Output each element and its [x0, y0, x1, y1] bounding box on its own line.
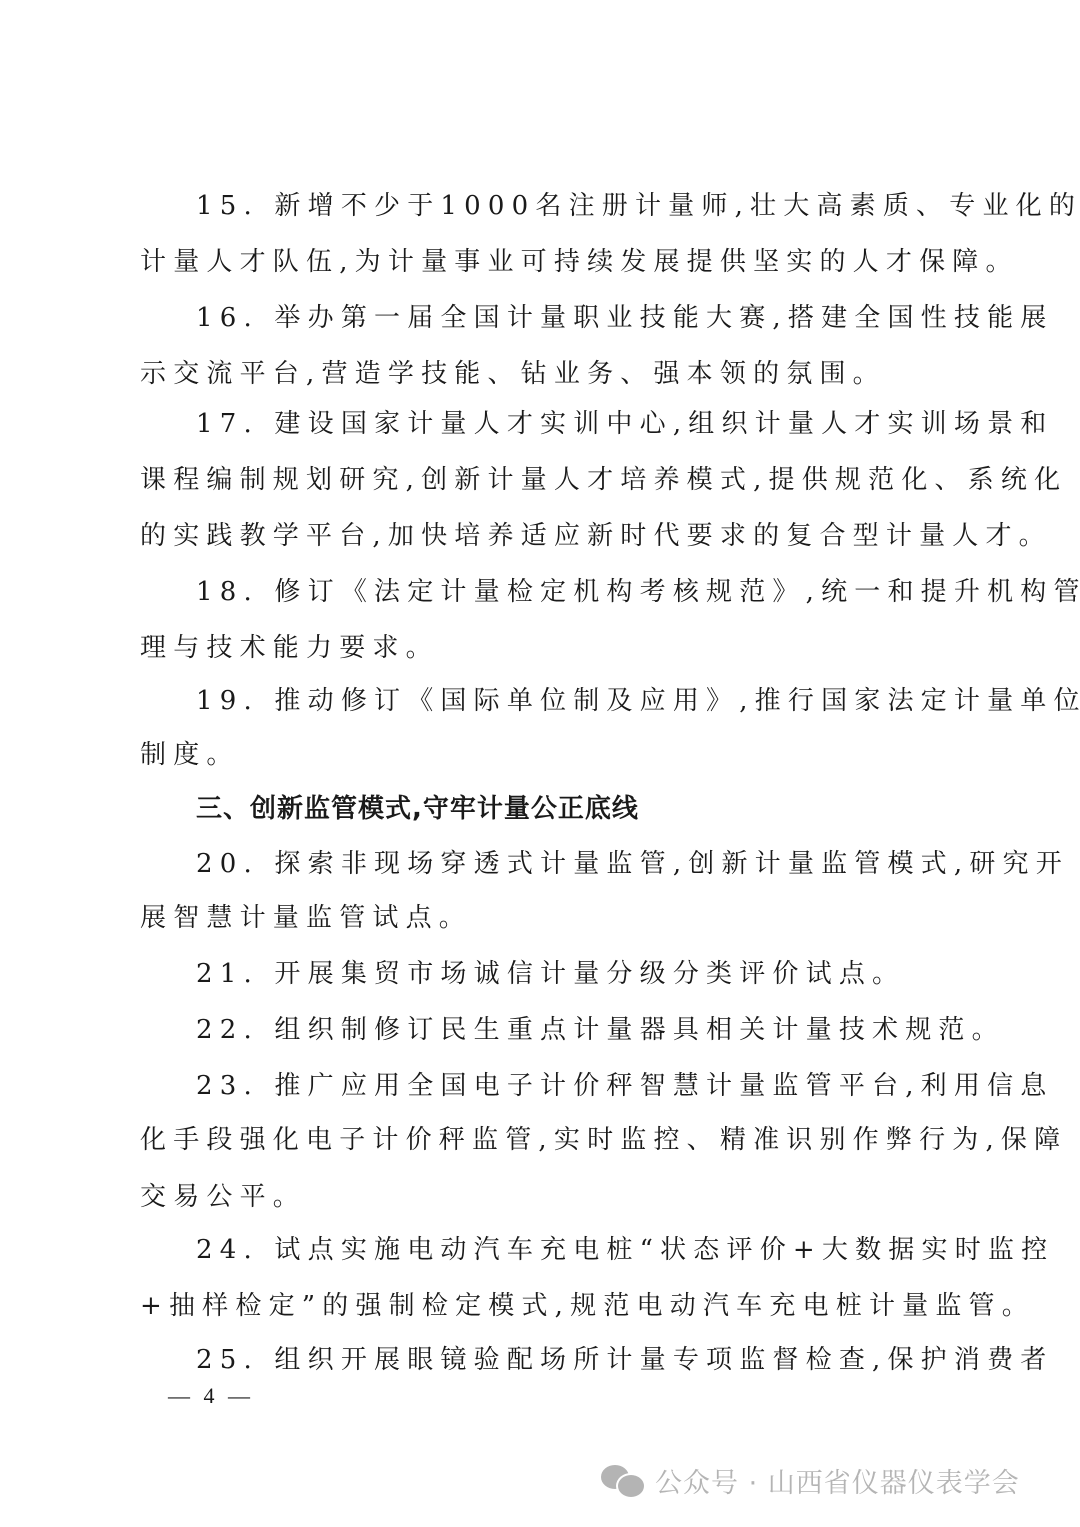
wechat-watermark: 公众号 · 山西省仪器仪表学会 [601, 1460, 1020, 1500]
page-number: — 4 — [168, 1383, 254, 1409]
paragraph-line: 化手段强化电子计价秤监管,实时监控、精准识别作弊行为,保障 [140, 1123, 940, 1157]
section-heading: 三、创新监管模式,守牢计量公正底线 [196, 792, 940, 826]
paragraph-line: 23. 推广应用全国电子计价秤智慧计量监管平台,利用信息 [196, 1069, 940, 1103]
paragraph-line: 19. 推动修订《国际单位制及应用》,推行国家法定计量单位 [196, 684, 940, 718]
paragraph-line: 理与技术能力要求。 [140, 631, 940, 665]
paragraph-line: 展智慧计量监管试点。 [140, 901, 940, 935]
paragraph-line: 计量人才队伍,为计量事业可持续发展提供坚实的人才保障。 [140, 245, 940, 279]
paragraph-line: 课程编制规划研究,创新计量人才培养模式,提供规范化、系统化 [140, 463, 940, 497]
paragraph-line: 的实践教学平台,加快培养适应新时代要求的复合型计量人才。 [140, 519, 940, 553]
paragraph-line: 21. 开展集贸市场诚信计量分级分类评价试点。 [196, 957, 940, 991]
paragraph-line: 17. 建设国家计量人才实训中心,组织计量人才实训场景和 [196, 407, 940, 441]
paragraph-line: 25. 组织开展眼镜验配场所计量专项监督检查,保护消费者 [196, 1343, 940, 1377]
paragraph-line: 18. 修订《法定计量检定机构考核规范》,统一和提升机构管 [196, 575, 940, 609]
paragraph-line: 15. 新增不少于1000名注册计量师,壮大高素质、专业化的 [196, 189, 940, 223]
paragraph-line: 示交流平台,营造学技能、钻业务、强本领的氛围。 [140, 357, 940, 391]
paragraph-line: 20. 探索非现场穿透式计量监管,创新计量监管模式,研究开 [196, 847, 940, 881]
document-page: 15. 新增不少于1000名注册计量师,壮大高素质、专业化的 计量人才队伍,为计… [0, 0, 1080, 1527]
paragraph-line: +抽样检定”的强制检定模式,规范电动汽车充电桩计量监管。 [140, 1289, 940, 1323]
paragraph-line: 24. 试点实施电动汽车充电桩“状态评价+大数据实时监控 [196, 1233, 940, 1267]
paragraph-line: 22. 组织制修订民生重点计量器具相关计量技术规范。 [196, 1013, 940, 1047]
paragraph-line: 16. 举办第一届全国计量职业技能大赛,搭建全国性技能展 [196, 301, 940, 335]
watermark-text: 公众号 · 山西省仪器仪表学会 [655, 1461, 1020, 1500]
paragraph-line: 交易公平。 [140, 1180, 940, 1214]
paragraph-line: 制度。 [140, 738, 940, 772]
wechat-icon [601, 1463, 645, 1497]
